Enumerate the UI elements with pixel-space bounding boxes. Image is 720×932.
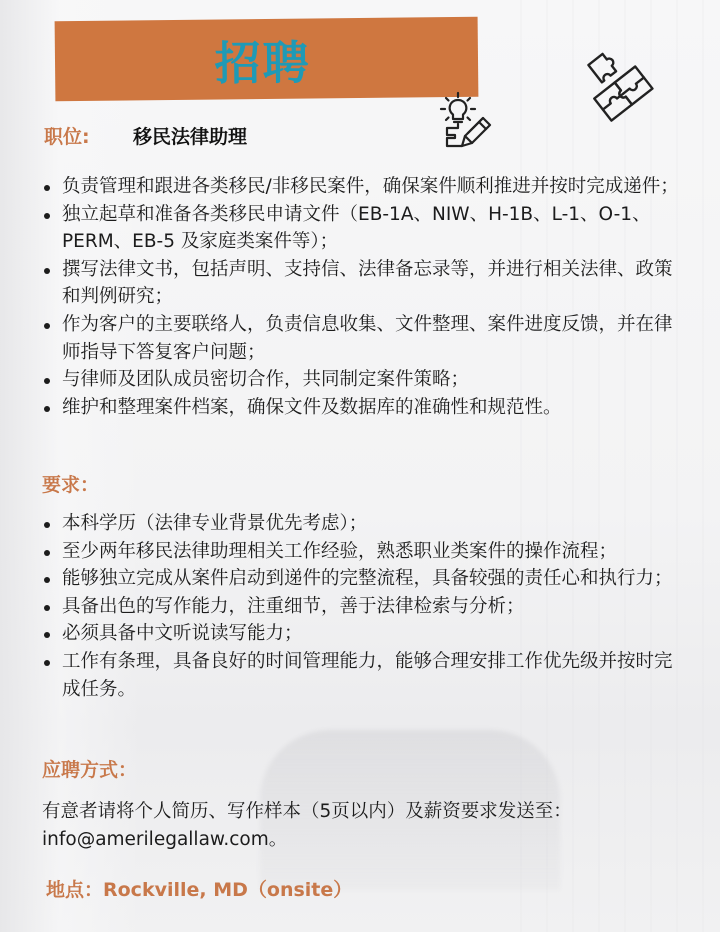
- job-posting: 招聘 职位: 移民法律助理: [0, 0, 720, 932]
- title-banner: 招聘: [55, 17, 479, 101]
- requirements-list: 本科学历（法律专业背景优先考虑）； 至少两年移民法律助理相关工作经验，熟悉职业类…: [40, 510, 680, 703]
- list-item: 独立起草和准备各类移民申请文件（EB-1A、NIW、H-1B、L-1、O-1、P…: [40, 201, 680, 256]
- location: 地点：Rockville, MD（onsite）: [46, 875, 352, 902]
- list-item: 本科学历（法律专业背景优先考虑）；: [40, 510, 680, 538]
- lightbulb-pencil-icon: [432, 90, 498, 156]
- position-row: 职位: 移民法律助理: [44, 122, 247, 149]
- email-link[interactable]: info@amerilegallaw.com: [42, 829, 269, 850]
- list-item: 必须具备中文听说读写能力；: [40, 620, 680, 648]
- position-value: 移民法律助理: [133, 122, 247, 149]
- puzzle-pieces-icon: [578, 44, 662, 128]
- apply-instructions: 有意者请将个人简历、写作样本（5页以内）及薪资要求发送至： info@ameri…: [42, 798, 682, 854]
- email-suffix: 。: [269, 829, 288, 850]
- apply-text: 有意者请将个人简历、写作样本（5页以内）及薪资要求发送至：: [42, 801, 572, 822]
- list-item: 工作有条理，具备良好的时间管理能力，能够合理安排工作优先级并按时完成任务。: [40, 648, 680, 703]
- list-item: 负责管理和跟进各类移民/非移民案件，确保案件顺利推进并按时完成递件；: [40, 173, 680, 201]
- requirements-heading: 要求：: [42, 470, 99, 497]
- list-item: 与律师及团队成员密切合作，共同制定案件策略；: [40, 366, 680, 394]
- apply-heading: 应聘方式：: [42, 755, 137, 782]
- list-item: 撰写法律文书，包括声明、支持信、法律备忘录等，并进行相关法律、政策和判例研究；: [40, 256, 680, 311]
- list-item: 具备出色的写作能力，注重细节，善于法律检索与分析；: [40, 593, 680, 621]
- list-item: 至少两年移民法律助理相关工作经验，熟悉职业类案件的操作流程；: [40, 538, 680, 566]
- list-item: 能够独立完成从案件启动到递件的完整流程，具备较强的责任心和执行力；: [40, 565, 680, 593]
- position-label: 职位:: [44, 122, 133, 149]
- page-title: 招聘: [214, 27, 311, 94]
- duties-list: 负责管理和跟进各类移民/非移民案件，确保案件顺利推进并按时完成递件； 独立起草和…: [40, 173, 680, 421]
- list-item: 维护和整理案件档案，确保文件及数据库的准确性和规范性。: [40, 394, 680, 422]
- list-item: 作为客户的主要联络人，负责信息收集、文件整理、案件进度反馈，并在律师指导下答复客…: [40, 311, 680, 366]
